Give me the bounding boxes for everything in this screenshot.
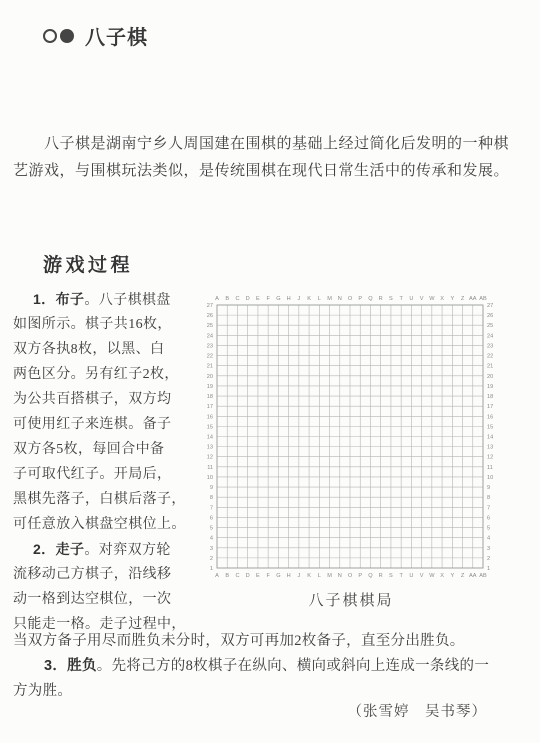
svg-text:S: S [389,296,393,302]
svg-text:18: 18 [207,394,213,400]
svg-text:2: 2 [487,556,490,562]
svg-text:V: V [420,296,424,302]
body-line: 可任意放入棋盘空棋位上。 [13,512,207,537]
svg-text:AA: AA [469,296,477,302]
board-caption: 八子棋棋局 [200,589,502,610]
svg-text:C: C [235,296,239,302]
svg-text:G: G [276,573,280,579]
svg-text:L: L [318,573,321,579]
body-line: 2．走子。对弈双方轮 [13,537,207,562]
svg-text:AB: AB [479,296,487,302]
author-credit: （张雪婷 吴书琴） [13,700,487,721]
svg-text:H: H [287,573,291,579]
svg-text:15: 15 [487,424,493,430]
svg-text:12: 12 [487,455,493,461]
board-figure: AABBCCDDEEFFGGHHJJKKLLMMNNOOPPQQRRSSTTUU… [200,286,502,610]
body-line: 黑棋先落子，白棋后落子， [13,487,207,512]
svg-text:L: L [318,296,321,302]
svg-text:10: 10 [487,475,493,481]
svg-text:6: 6 [487,515,490,521]
svg-text:M: M [327,573,332,579]
svg-text:H: H [287,296,291,302]
body-line: 可使用红子来连棋。备子 [13,412,207,437]
svg-text:13: 13 [207,445,213,451]
svg-text:27: 27 [487,303,493,309]
chapter-title-row: 八子棋 [43,21,148,50]
svg-text:M: M [327,296,332,302]
svg-text:J: J [297,296,300,302]
filled-circle-icon [60,29,74,43]
body-line: 1．布子。八子棋棋盘 [13,287,207,312]
svg-text:B: B [225,573,229,579]
svg-text:Z: Z [461,573,465,579]
svg-text:25: 25 [487,323,493,329]
svg-text:23: 23 [207,343,213,349]
svg-text:Q: Q [368,296,373,302]
svg-text:W: W [429,296,435,302]
board-grid-lines [217,305,483,568]
svg-text:U: U [409,573,413,579]
svg-text:O: O [348,573,353,579]
svg-text:Y: Y [450,573,454,579]
svg-text:21: 21 [207,364,213,370]
svg-text:5: 5 [487,526,490,532]
svg-text:16: 16 [207,414,213,420]
svg-text:S: S [389,573,393,579]
svg-text:G: G [276,296,280,302]
svg-text:5: 5 [210,526,213,532]
body-line: 子可取代红子。开局后， [13,462,207,487]
svg-text:T: T [399,296,403,302]
svg-text:V: V [420,573,424,579]
svg-text:13: 13 [487,445,493,451]
intro-line: 艺游戏，与围棋玩法类似，是传统围棋在现代日常生活中的传承和发展。 [13,158,513,185]
game-board-grid: AABBCCDDEEFFGGHHJJKKLLMMNNOOPPQQRRSSTTUU… [200,286,502,583]
svg-text:11: 11 [207,465,213,471]
svg-text:K: K [307,573,311,579]
svg-text:J: J [297,573,300,579]
svg-text:20: 20 [487,374,493,380]
svg-text:3: 3 [487,546,490,552]
svg-text:C: C [235,573,239,579]
svg-text:22: 22 [207,354,213,360]
svg-text:17: 17 [207,404,213,410]
svg-text:1: 1 [210,566,213,572]
body-line: 为公共百搭棋子，双方均 [13,387,207,412]
svg-text:16: 16 [487,414,493,420]
svg-text:9: 9 [210,485,213,491]
svg-text:27: 27 [207,303,213,309]
svg-text:14: 14 [487,435,493,441]
svg-text:T: T [399,573,403,579]
svg-text:19: 19 [207,384,213,390]
svg-text:N: N [338,573,342,579]
body-line: 动一格到达空棋位，一次 [13,587,207,612]
svg-text:Y: Y [450,296,454,302]
svg-text:O: O [348,296,353,302]
svg-text:11: 11 [487,465,493,471]
svg-text:X: X [440,573,444,579]
body-text-column: 1．布子。八子棋棋盘如图所示。棋子共16枚，双方各执8枚，以黑、白两色区分。另有… [13,287,207,637]
svg-text:7: 7 [210,505,213,511]
svg-text:22: 22 [487,354,493,360]
body-line: 双方各执8枚，以黑、白 [13,337,207,362]
svg-text:8: 8 [487,495,490,501]
svg-text:D: D [246,573,250,579]
closing-line: 3．胜负。先将己方的8枚棋子在纵向、横向或斜向上连成一条线的一 [13,654,514,679]
svg-text:Z: Z [461,296,465,302]
svg-text:A: A [215,296,219,302]
svg-text:8: 8 [210,495,213,501]
svg-text:25: 25 [207,323,213,329]
svg-text:3: 3 [210,546,213,552]
svg-text:24: 24 [487,333,493,339]
svg-text:1: 1 [487,566,490,572]
svg-text:23: 23 [487,343,493,349]
svg-text:U: U [409,296,413,302]
svg-text:14: 14 [207,435,213,441]
svg-text:19: 19 [487,384,493,390]
svg-text:F: F [266,573,270,579]
svg-text:R: R [379,296,383,302]
svg-text:AB: AB [479,573,487,579]
hollow-circle-icon [43,29,57,43]
svg-text:AA: AA [469,573,477,579]
intro-line: 八子棋是湖南宁乡人周国建在围棋的基础上经过简化后发明的一种棋 [13,131,513,158]
svg-text:R: R [379,573,383,579]
svg-text:15: 15 [207,424,213,430]
section-heading: 游戏过程 [43,250,133,277]
document-page: 八子棋 八子棋是湖南宁乡人周国建在围棋的基础上经过简化后发明的一种棋艺游戏，与围… [0,0,540,743]
svg-text:7: 7 [487,505,490,511]
svg-text:26: 26 [487,313,493,319]
svg-text:X: X [440,296,444,302]
closing-paragraphs: 当双方备子用尽而胜负未分时，双方可再加2枚备子，直至分出胜负。3．胜负。先将己方… [13,629,514,704]
svg-text:D: D [246,296,250,302]
svg-text:P: P [358,296,362,302]
svg-text:E: E [256,296,260,302]
svg-text:2: 2 [210,556,213,562]
svg-text:18: 18 [487,394,493,400]
intro-paragraph: 八子棋是湖南宁乡人周国建在围棋的基础上经过简化后发明的一种棋艺游戏，与围棋玩法类… [13,131,513,185]
svg-text:21: 21 [487,364,493,370]
svg-text:20: 20 [207,374,213,380]
svg-text:10: 10 [207,475,213,481]
svg-text:6: 6 [210,515,213,521]
body-line: 双方各5枚，每回合中备 [13,437,207,462]
svg-text:9: 9 [487,485,490,491]
body-line: 两色区分。另有红子2枚， [13,362,207,387]
run-in-subheading: 2．走子 [33,541,84,557]
closing-line: 当双方备子用尽而胜负未分时，双方可再加2枚备子，直至分出胜负。 [13,629,514,654]
svg-text:Q: Q [368,573,373,579]
svg-text:26: 26 [207,313,213,319]
svg-text:A: A [215,573,219,579]
svg-text:K: K [307,296,311,302]
svg-text:F: F [266,296,270,302]
svg-text:4: 4 [487,536,490,542]
svg-text:E: E [256,573,260,579]
run-in-subheading: 3．胜负 [44,658,97,674]
svg-text:W: W [429,573,435,579]
svg-text:P: P [358,573,362,579]
svg-text:4: 4 [210,536,213,542]
page-title: 八子棋 [85,21,148,50]
svg-text:12: 12 [207,455,213,461]
svg-text:B: B [225,296,229,302]
svg-text:24: 24 [207,333,213,339]
run-in-subheading: 1．布子 [33,291,84,307]
body-line: 如图所示。棋子共16枚， [13,312,207,337]
svg-text:N: N [338,296,342,302]
svg-text:17: 17 [487,404,493,410]
body-line: 流移动己方棋子，沿线移 [13,562,207,587]
